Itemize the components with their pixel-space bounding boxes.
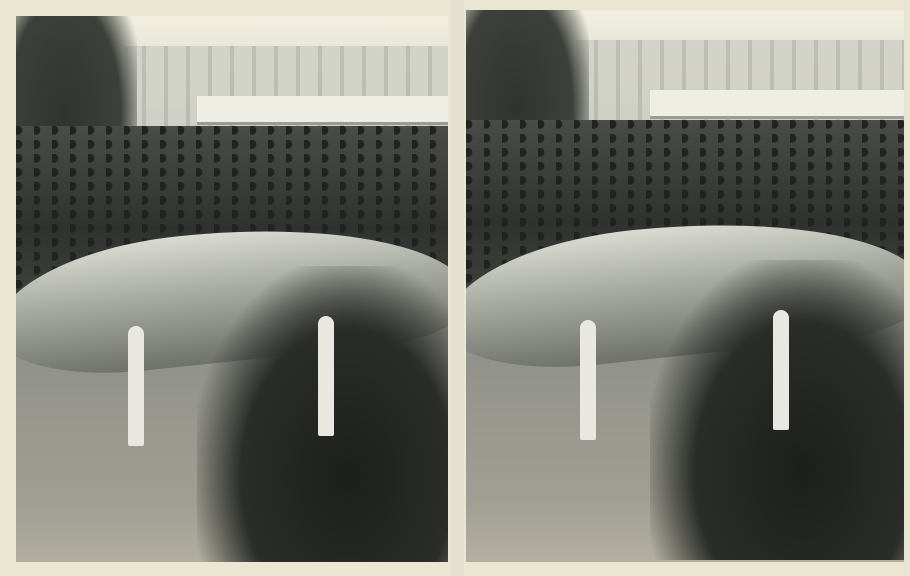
person-in-white xyxy=(580,320,596,440)
awning xyxy=(197,96,448,125)
frame-divider xyxy=(450,0,464,576)
awning xyxy=(650,90,904,119)
person-in-white xyxy=(318,316,334,436)
person-in-white xyxy=(128,326,144,446)
person-in-white xyxy=(773,310,789,430)
left-photo-frame xyxy=(16,16,448,562)
right-photo-frame xyxy=(466,10,904,562)
stereoview-card xyxy=(0,0,910,576)
